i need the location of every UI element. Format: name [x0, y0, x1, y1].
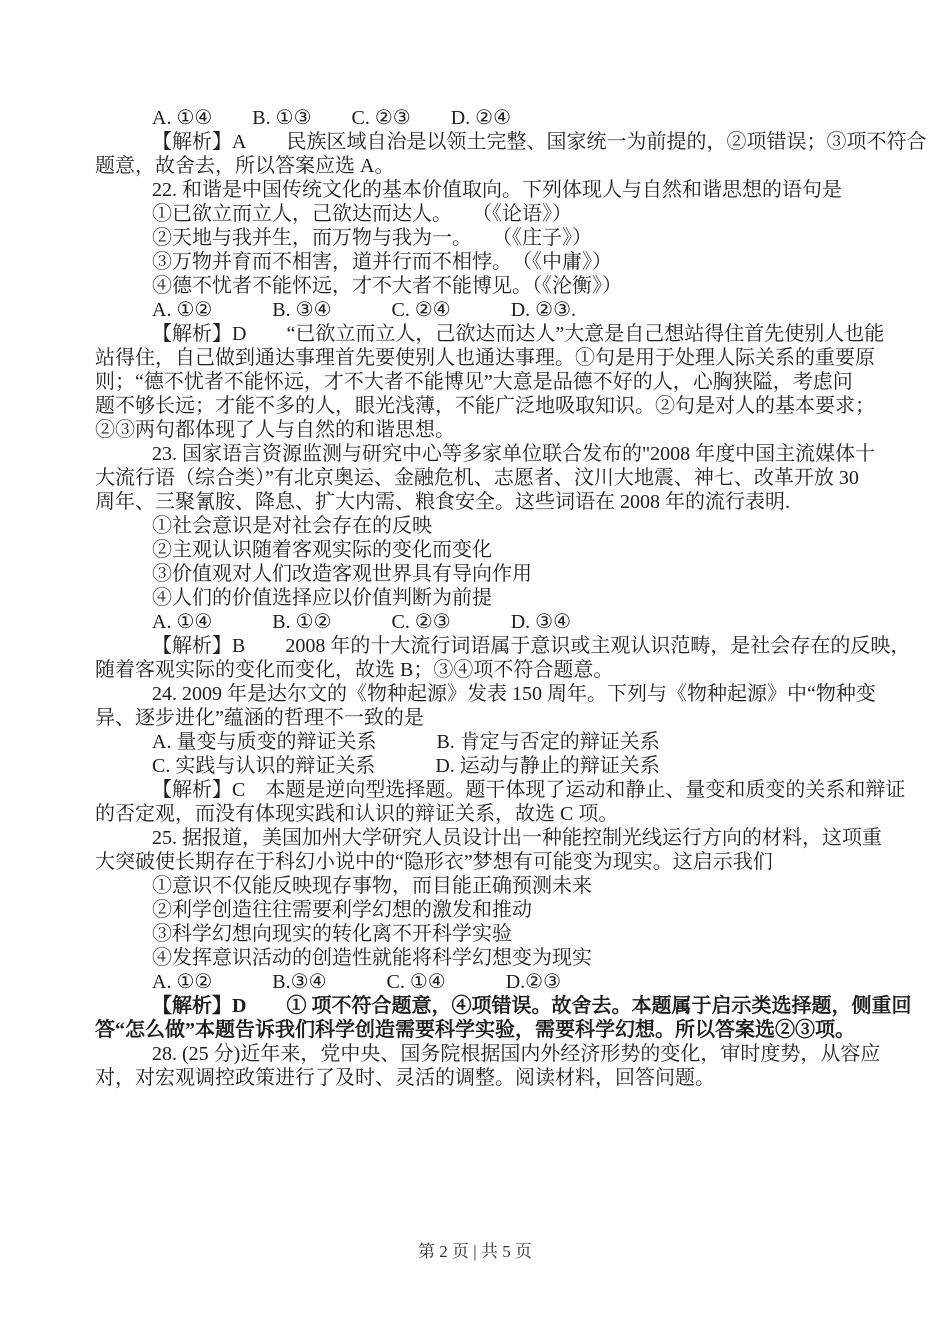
statement-item-line: ④德不忧者不能怀远，才不大者不能博见。（《沦衡》） [95, 274, 855, 298]
analysis-line: ②③两句都体现了人与自然的和谐思想。 [95, 418, 855, 442]
statement-item-line: ②主观认识随着客观实际的变化而变化 [95, 538, 855, 562]
analysis-line: 随着客观实际的变化而变化，故选 B；③④项不符合题意。 [95, 658, 855, 682]
question-stem-line: 大流行语（综合类）”有北京奥运、金融危机、志愿者、汶川大地震、神七、改革开放 3… [95, 466, 855, 490]
question-stem-line: 周年、三聚氰胺、降息、扩大内需、粮食安全。这些词语在 2008 年的流行表明. [95, 490, 855, 514]
analysis-line: 【解析】B 2008 年的十大流行词语属于意识或主观认识范畴，是社会存在的反映， [95, 634, 855, 658]
statement-item-line: ④发挥意识活动的创造性就能将科学幻想变为现实 [95, 946, 855, 970]
question-stem-line: 25. 据报道，美国加州大学研究人员设计出一种能控制光线运行方向的材料，这项重 [95, 826, 855, 850]
statement-item-line: ③价值观对人们改造客观世界具有导向作用 [95, 562, 855, 586]
analysis-line: 【解析】C 本题是逆向型选择题。题干体现了运动和静止、量变和质变的关系和辩证 [95, 778, 855, 802]
statement-item-line: ②天地与我并生，而万物与我为一。 （《庄子》） [95, 226, 855, 250]
answer-options-line: A. 量变与质变的辩证关系 B. 肯定与否定的辩证关系 [95, 730, 855, 754]
statement-item-line: ②利学创造往往需要利学幻想的激发和推动 [95, 898, 855, 922]
question-stem-line: 对，对宏观调控政策进行了及时、灵活的调整。阅读材料，回答问题。 [95, 1066, 855, 1090]
statement-item-line: ①社会意识是对社会存在的反映 [95, 514, 855, 538]
answer-options-line: A. ①④ B. ①② C. ②③ D. ③④ [95, 610, 855, 634]
statement-item-line: ①已欲立而立人，己欲达而达人。 （《论语》） [95, 202, 855, 226]
question-stem-line: 23. 国家语言资源监测与研究中心等多家单位联合发布的"2008 年度中国主流媒… [95, 442, 855, 466]
answer-options-line: A. ①④ B. ①③ C. ②③ D. ②④ [95, 106, 855, 130]
analysis-line: 则；“德不忧者不能怀远，才不大者不能博见”大意是品德不好的人，心胸狭隘，考虑问 [95, 370, 855, 394]
document-lines: A. ①④ B. ①③ C. ②③ D. ②④【解析】A 民族区域自治是以领土完… [95, 106, 855, 1090]
page-footer: 第 2 页 | 共 5 页 [0, 1240, 950, 1264]
answer-options-line: C. 实践与认识的辩证关系 D. 运动与静止的辩证关系 [95, 754, 855, 778]
analysis-line: 答“怎么做”本题告诉我们科学创造需要科学实验，需要科学幻想。所以答案选②③项。 [95, 1018, 855, 1042]
question-stem-line: 异、逐步进化”蕴涵的哲理不一致的是 [95, 706, 855, 730]
statement-item-line: ①意识不仅能反映现存事物，而目能正确预测未来 [95, 874, 855, 898]
statement-item-line: ③科学幻想向现实的转化离不开科学实验 [95, 922, 855, 946]
analysis-line: 站得住，自己做到通达事理首先要使别人也通达事理。①句是用于处理人际关系的重要原 [95, 346, 855, 370]
analysis-line: 【解析】A 民族区域自治是以领土完整、国家统一为前提的，②项错误；③项不符合 [95, 130, 855, 154]
answer-options-line: A. ①② B. ③④ C. ②④ D. ②③. [95, 298, 855, 322]
question-stem-line: 28. (25 分)近年来，党中央、国务院根据国内外经济形势的变化，审时度势，从… [95, 1042, 855, 1066]
question-stem-line: 22. 和谐是中国传统文化的基本价值取向。下列体现人与自然和谐思想的语句是 [95, 178, 855, 202]
statement-item-line: ④人们的价值选择应以价值判断为前提 [95, 586, 855, 610]
analysis-line: 【解析】D ① 项不符合题意，④项错误。故舍去。本题属于启示类选择题，侧重回 [95, 994, 855, 1018]
question-stem-line: 大突破使长期存在于科幻小说中的“隐形衣”梦想有可能变为现实。这启示我们 [95, 850, 855, 874]
answer-options-line: A. ①② B.③④ C. ①④ D.②③ [95, 970, 855, 994]
analysis-line: 的否定观，而没有体现实践和认识的辩证关系，故选 C 项。 [95, 802, 855, 826]
analysis-line: 【解析】D “已欲立而立人，己欲达而达人”大意是自己想站得住首先使别人也能 [95, 322, 855, 346]
analysis-line: 题意，故舍去，所以答案应选 A。 [95, 154, 855, 178]
statement-item-line: ③万物并育而不相害，道并行而不相悖。 （《中庸》） [95, 250, 855, 274]
analysis-line: 题不够长远；才能不多的人，眼光浅薄，不能广泛地吸取知识。②句是对人的基本要求； [95, 394, 855, 418]
question-stem-line: 24. 2009 年是达尔文的《物种起源》发表 150 周年。下列与《物种起源》… [95, 682, 855, 706]
